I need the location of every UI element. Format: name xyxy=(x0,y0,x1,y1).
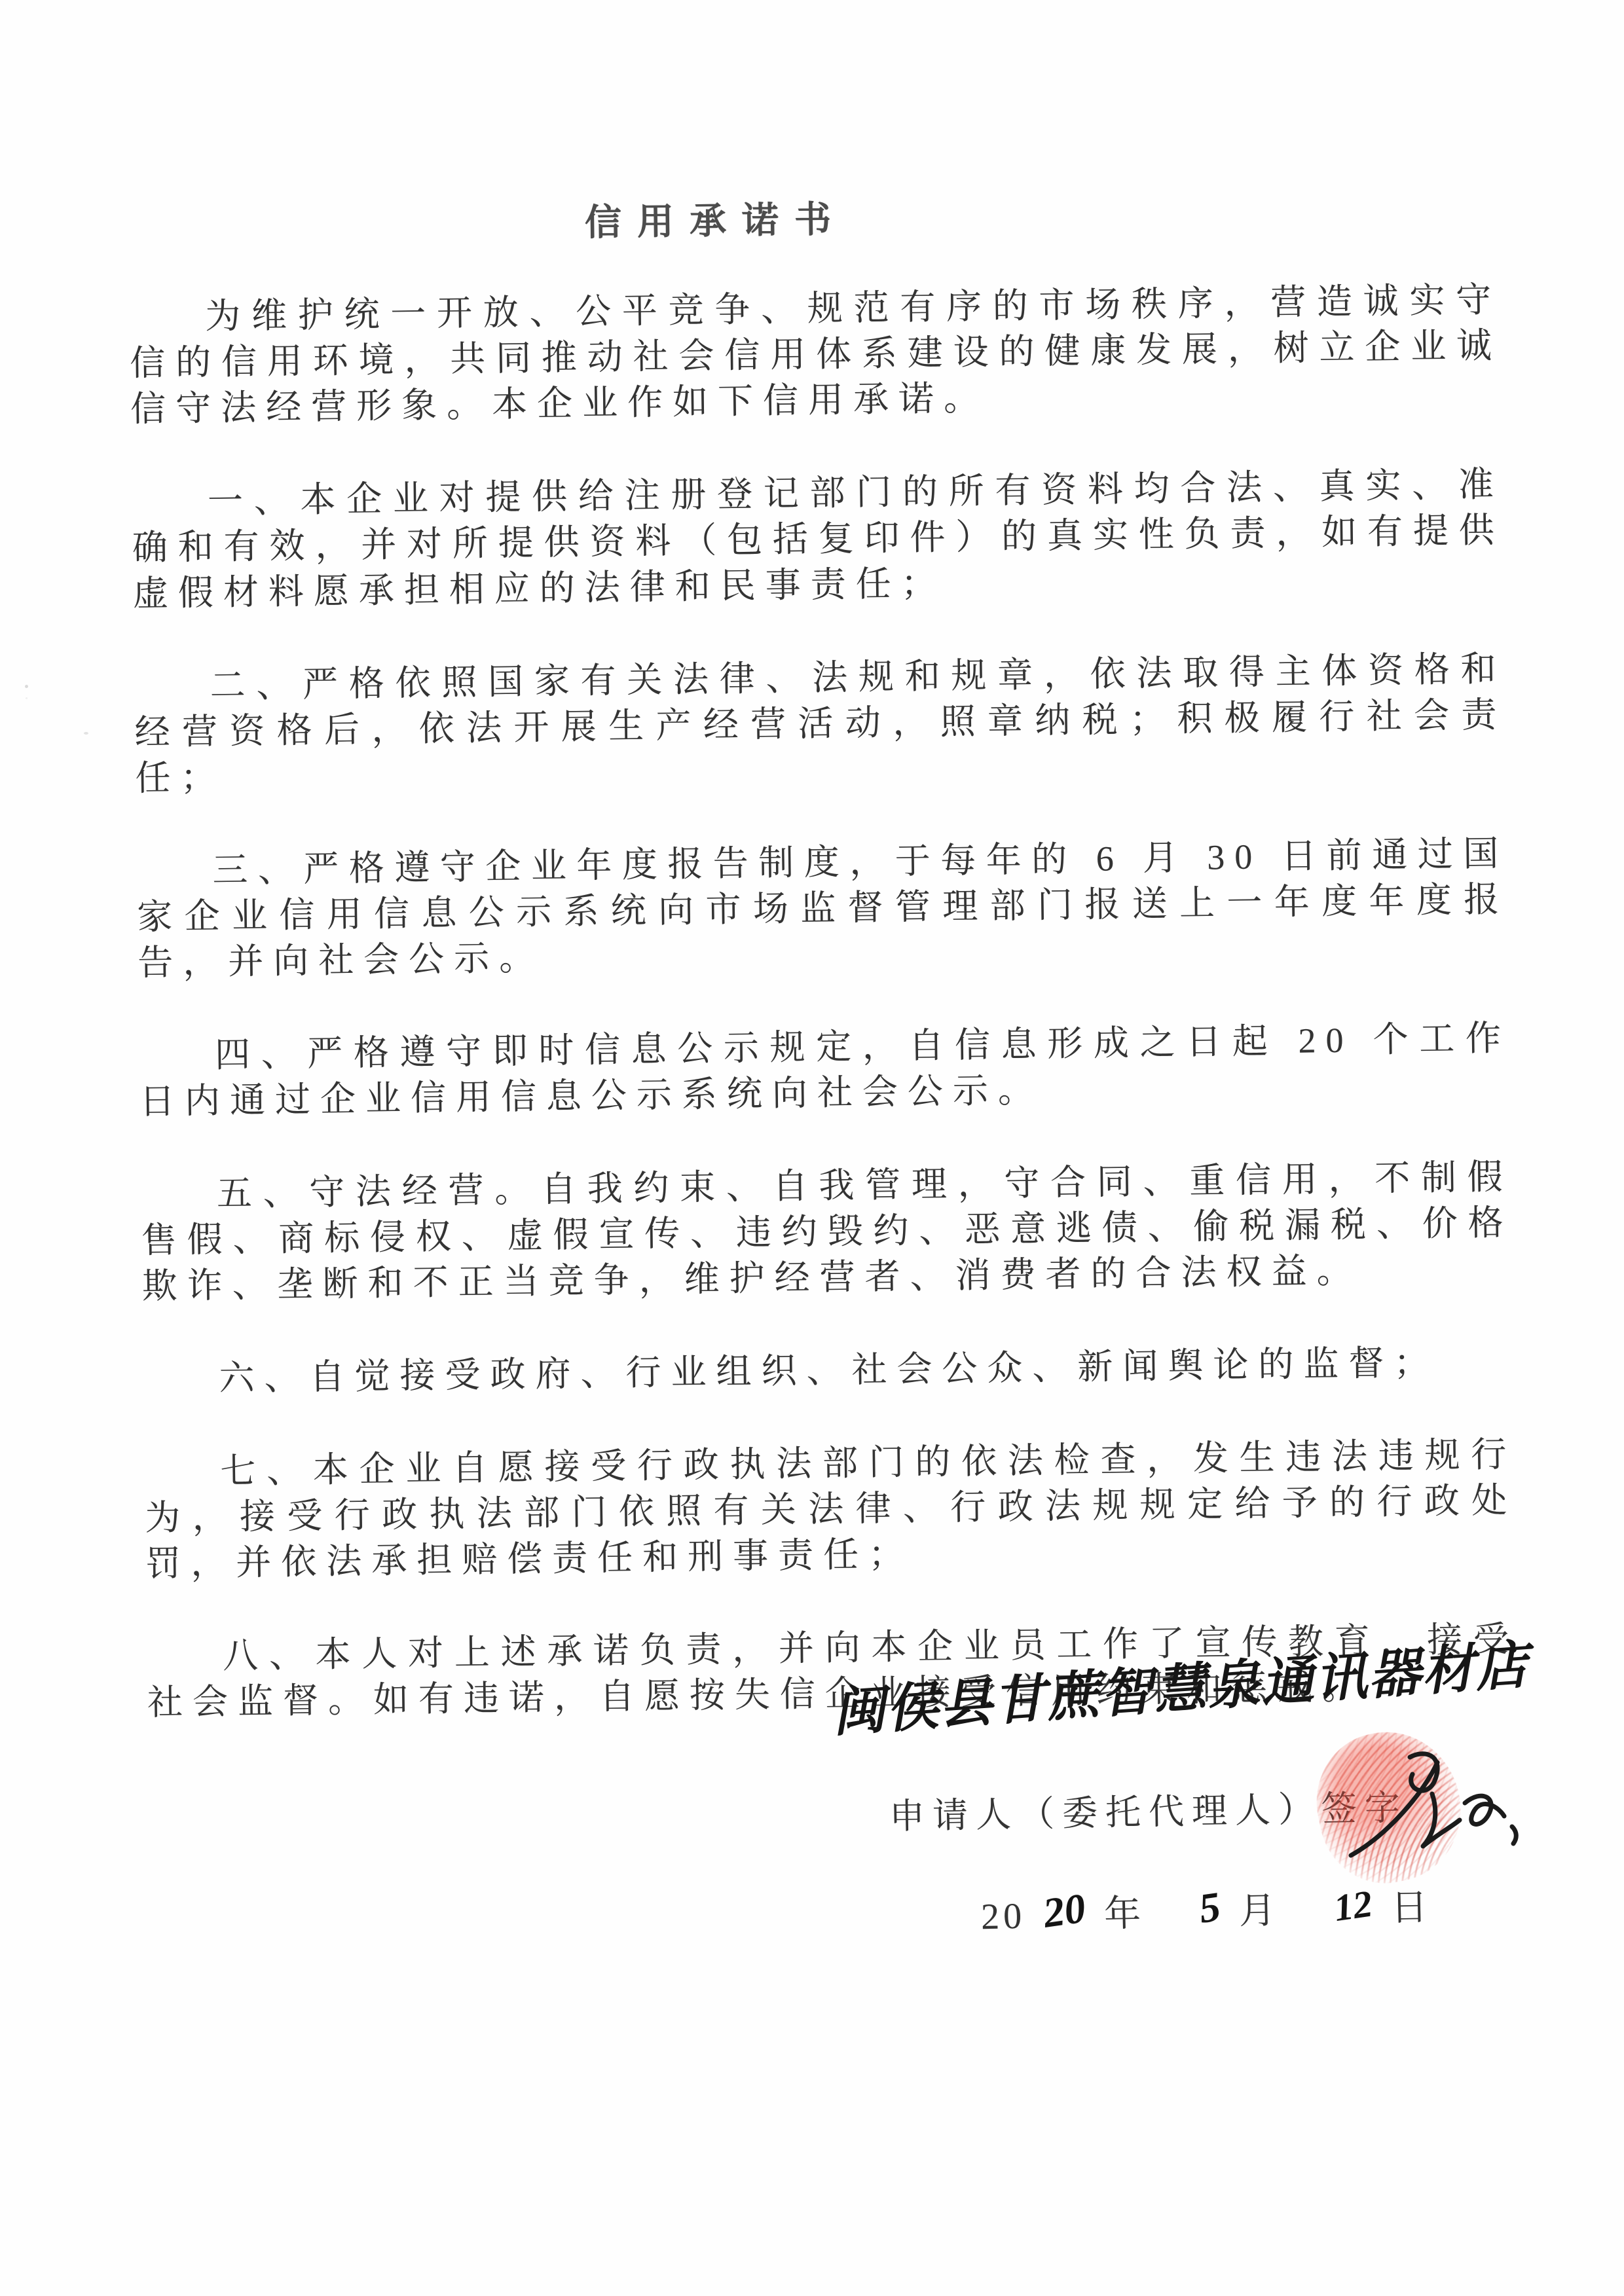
date-prefix-printed: 20 xyxy=(980,1896,1025,1937)
scanned-document-page: 信用承诺书 为维护统一开放、公平竞争、规范有序的市场秩序，营造诚实守信的信用环境… xyxy=(0,0,1624,2296)
handwritten-signature xyxy=(1326,1743,1549,1880)
date-year-handwritten: 20 xyxy=(1041,1884,1089,1937)
clause-7: 七、本企业自愿接受行政执法部门的依法检查，发生违法违规行为，接受行政执法部门依照… xyxy=(144,1431,1518,1586)
document-body: 信用承诺书 为维护统一开放、公平竞争、规范有序的市场秩序，营造诚实守信的信用环境… xyxy=(128,189,1520,1773)
date-line: 20 20 年 5 月 12 日 xyxy=(980,1882,1431,1941)
clause-2: 二、严格依照国家有关法律、法规和规章，依法取得主体资格和经营资格后，依法开展生产… xyxy=(134,646,1507,801)
clause-3: 三、严格遵守企业年度报告制度，于每年的 6 月 30 日前通过国家企业信用信息公… xyxy=(136,831,1510,986)
paragraph-intro: 为维护统一开放、公平竞争、规范有序的市场秩序，营造诚实守信的信用环境，共同推动社… xyxy=(129,277,1503,432)
scan-smudge xyxy=(25,685,28,688)
clause-1: 一、本企业对提供给注册登记部门的所有资料均合法、真实、准确和有效，并对所提供资料… xyxy=(132,462,1505,617)
clause-4: 四、严格遵守即时信息公示规定，自信息形成之日起 20 个工作日内通过企业信用信息… xyxy=(139,1015,1512,1125)
date-spacer xyxy=(1154,1925,1181,1925)
date-spacer xyxy=(1289,1922,1316,1922)
clause-6: 六、自觉接受政府、行业组织、社会公众、新闻舆论的监督； xyxy=(143,1339,1515,1402)
document-title: 信用承诺书 xyxy=(29,190,1402,253)
scan-smudge xyxy=(84,732,88,735)
clause-5: 五、守法经营。自我约束、自我管理，守合同、重信用，不制假售假、商标侵权、虚假宣传… xyxy=(140,1154,1514,1309)
date-day-label: 日 xyxy=(1390,1887,1431,1929)
date-year-label: 年 xyxy=(1103,1893,1145,1935)
date-month-handwritten: 5 xyxy=(1196,1883,1223,1933)
date-month-label: 月 xyxy=(1238,1891,1280,1932)
date-day-handwritten: 12 xyxy=(1331,1880,1376,1933)
